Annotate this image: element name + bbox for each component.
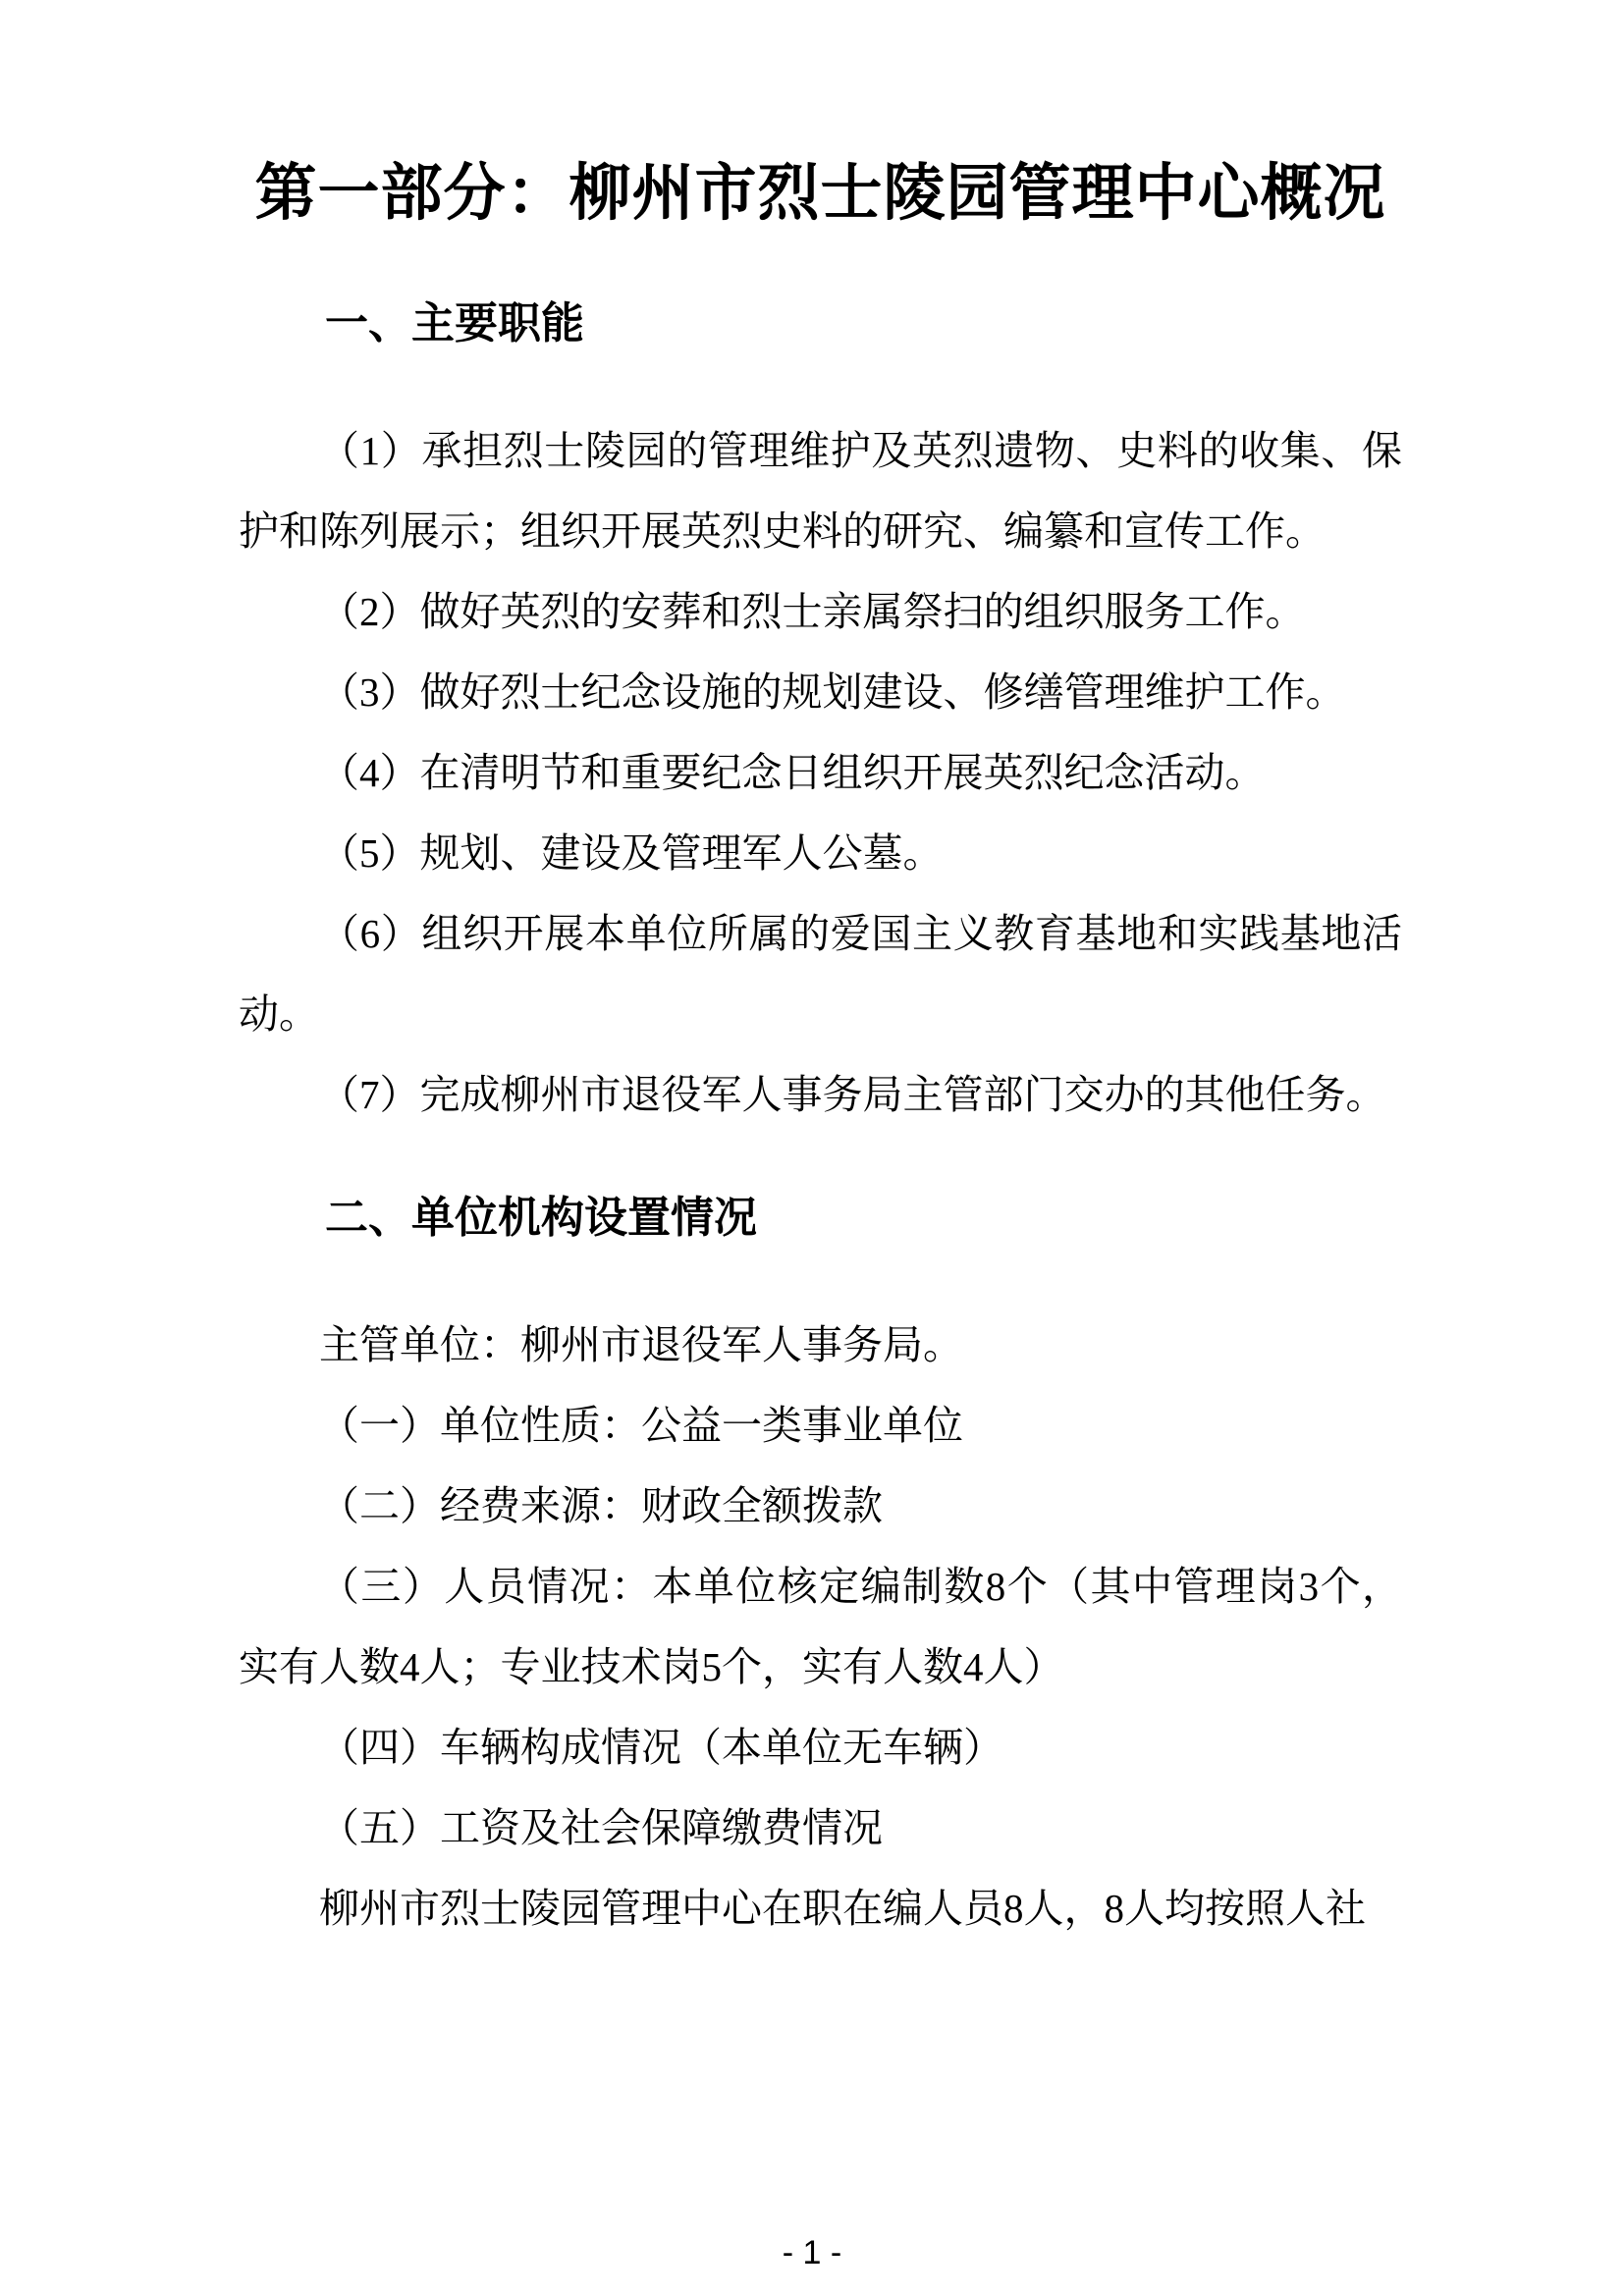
paragraph: 主管单位：柳州市退役军人事务局。 (239, 1305, 1402, 1385)
page-number: - 1 - (0, 2233, 1624, 2272)
paragraph: （四）车辆构成情况（本单位无车辆） (239, 1707, 1402, 1788)
document-title: 第一部分：柳州市烈士陵园管理中心概况 (239, 147, 1402, 240)
paragraph: 柳州市烈士陵园管理中心在职在编人员8人，8人均按照人社 (239, 1868, 1402, 1949)
section-1-heading: 一、主要职能 (239, 294, 1402, 353)
paragraph: （7）完成柳州市退役军人事务局主管部门交办的其他任务。 (239, 1054, 1402, 1135)
section-2-heading: 二、单位机构设置情况 (239, 1189, 1402, 1248)
paragraph: （1）承担烈士陵园的管理维护及英烈遗物、史料的收集、保护和陈列展示；组织开展英烈… (239, 410, 1402, 571)
document-page: 第一部分：柳州市烈士陵园管理中心概况 一、主要职能 （1）承担烈士陵园的管理维护… (0, 0, 1624, 2296)
paragraph: （三）人员情况：本单位核定编制数8个（其中管理岗3个，实有人数4人；专业技术岗5… (239, 1546, 1402, 1707)
paragraph: （4）在清明节和重要纪念日组织开展英烈纪念活动。 (239, 732, 1402, 813)
paragraph: （二）经费来源：财政全额拨款 (239, 1466, 1402, 1546)
paragraph: （一）单位性质：公益一类事业单位 (239, 1385, 1402, 1466)
paragraph: （5）规划、建设及管理军人公墓。 (239, 813, 1402, 893)
section-org-setup: 二、单位机构设置情况 主管单位：柳州市退役军人事务局。 （一）单位性质：公益一类… (239, 1189, 1402, 1949)
paragraph: （2）做好英烈的安葬和烈士亲属祭扫的组织服务工作。 (239, 571, 1402, 652)
paragraph: （3）做好烈士纪念设施的规划建设、修缮管理维护工作。 (239, 652, 1402, 732)
paragraph: （6）组织开展本单位所属的爱国主义教育基地和实践基地活动。 (239, 893, 1402, 1054)
paragraph: （五）工资及社会保障缴费情况 (239, 1788, 1402, 1868)
section-main-functions: 一、主要职能 （1）承担烈士陵园的管理维护及英烈遗物、史料的收集、保护和陈列展示… (239, 294, 1402, 1135)
